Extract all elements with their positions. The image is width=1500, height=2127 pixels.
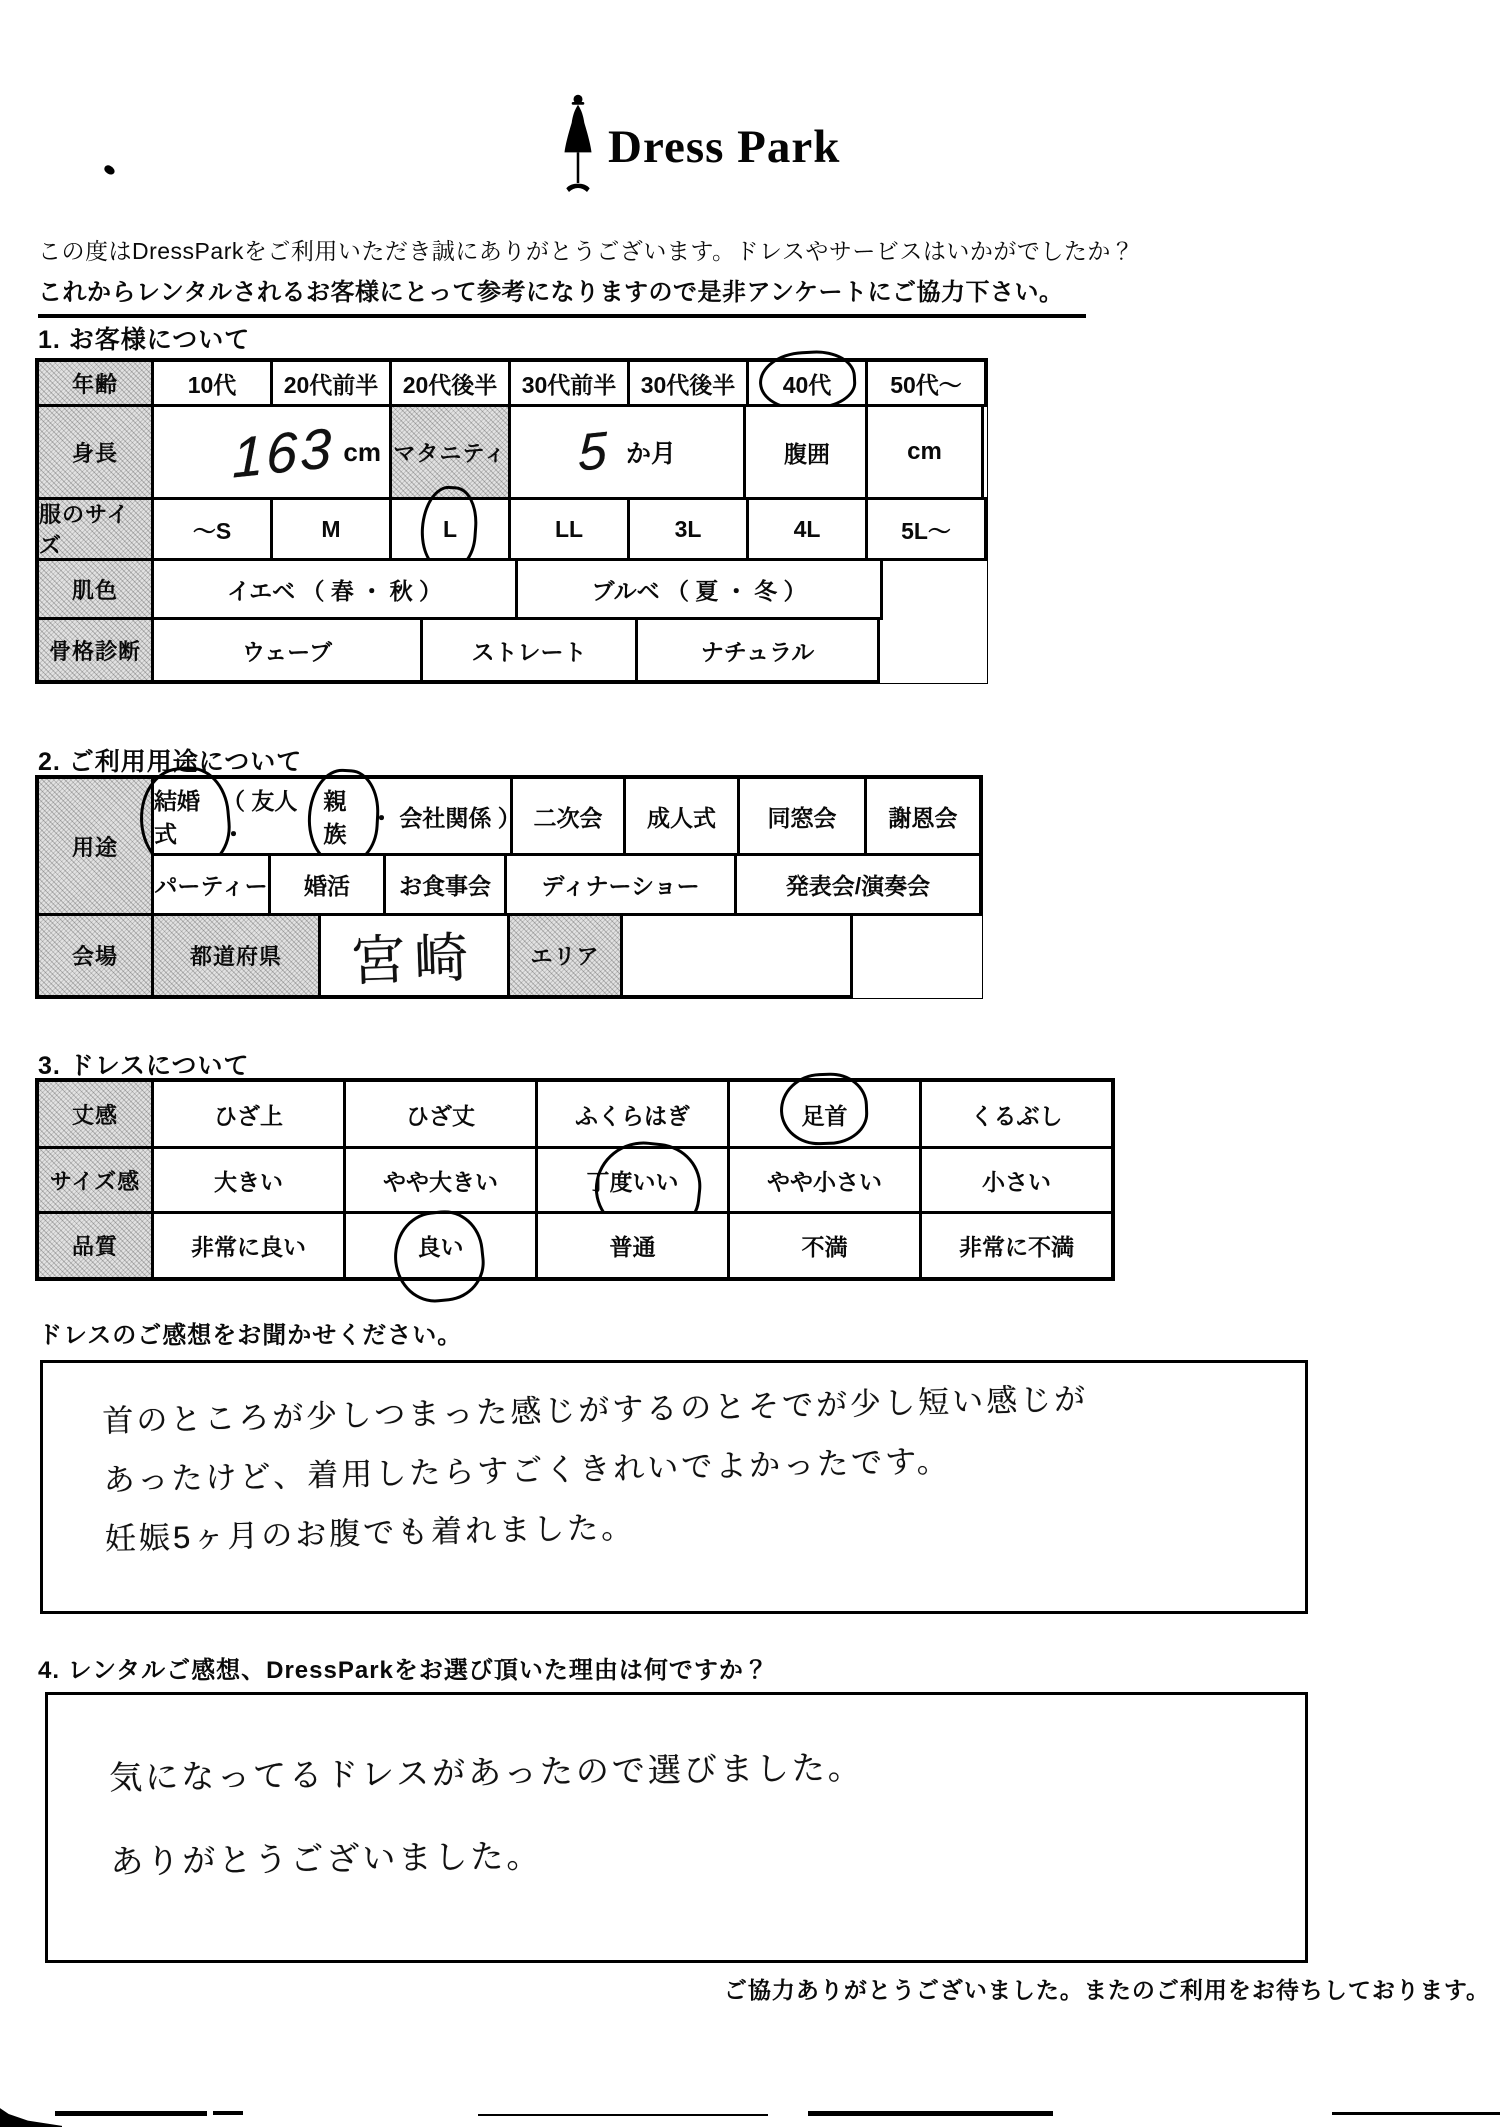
- maternity-label-cell: マタニティ: [389, 404, 511, 500]
- section2-heading: 2. ご利用用途について: [38, 742, 302, 778]
- scan-artifact: [213, 2111, 243, 2115]
- quality-row: 品質 非常に良い 良い 普通 不満 非常に不満: [36, 1211, 1114, 1280]
- length-option-cell: くるぶし: [919, 1079, 1114, 1149]
- age-option-cell-selected: 40代: [746, 359, 868, 407]
- age-option-cell: 20代後半: [389, 359, 511, 407]
- purpose-option-cell: 婚活: [268, 853, 386, 916]
- height-label-cell: 身長: [36, 404, 154, 500]
- size-option-cell: 3L: [627, 497, 749, 561]
- prefecture-label-cell: 都道府県: [151, 913, 321, 998]
- quality-option-cell: 不満: [727, 1211, 922, 1280]
- handwritten-rental-feedback: 気になってるドレスがあったので選びました。 ありがとうございました。: [48, 1677, 1308, 1905]
- skeletal-label-cell: 骨格診断: [36, 617, 154, 683]
- maternity-value-cell: 5 か月: [508, 404, 746, 500]
- quality-option-cell: 非常に良い: [151, 1211, 346, 1280]
- area-label-cell: エリア: [507, 913, 623, 998]
- quality-option-cell: 非常に不満: [919, 1211, 1114, 1280]
- handwritten-height: 163: [232, 414, 334, 490]
- intro-line1: この度はDressParkをご利用いただき誠にありがとうございます。ドレスやサー…: [38, 233, 1134, 266]
- fit-row: サイズ感 大きい やや大きい 丁度いい やや小さい 小さい: [36, 1146, 1114, 1214]
- handwritten-circle-mark: 40代: [783, 367, 832, 400]
- fit-option-cell: 小さい: [919, 1146, 1114, 1214]
- scan-artifact: [55, 2111, 207, 2116]
- age-option-cell: 30代前半: [508, 359, 630, 407]
- skin-label-cell: 肌色: [36, 558, 154, 620]
- skeletal-option-cell: ウェーブ: [151, 617, 423, 683]
- brand-name: Dress Park: [608, 120, 840, 174]
- purpose-option-cell: 謝恩会: [864, 776, 982, 856]
- length-label-cell: 丈感: [36, 1079, 154, 1149]
- purpose-option-cell: 成人式: [623, 776, 740, 856]
- purpose-label-cell: 用途: [36, 776, 154, 916]
- purpose-row1: 結婚式 （ 友人 ・ 親族 ・ 会社関係 ） 二次会 成人式 同窓会 謝恩会: [151, 776, 982, 856]
- venue-row: 会場 都道府県 宮崎 エリア: [36, 913, 982, 998]
- height-value-cell: 163 cm: [151, 404, 392, 500]
- quality-label-cell: 品質: [36, 1211, 154, 1280]
- size-label-cell: 服のサイズ: [36, 497, 154, 561]
- venue-label-cell: 会場: [36, 913, 154, 998]
- handwritten-circle-mark: 良い: [418, 1229, 464, 1262]
- customer-table: 年齢 10代 20代前半 20代後半 30代前半 30代後半 40代 50代～ …: [35, 358, 988, 684]
- area-value-cell: [620, 913, 853, 998]
- scan-artifact: [0, 2098, 62, 2127]
- age-row: 年齢 10代 20代前半 20代後半 30代前半 30代後半 40代 50代～: [36, 359, 987, 407]
- handwritten-maternity-months: 5: [578, 420, 610, 484]
- height-unit: cm: [343, 437, 389, 468]
- skeletal-row: 骨格診断 ウェーブ ストレート ナチュラル: [36, 617, 987, 683]
- size-option-cell: LL: [508, 497, 630, 561]
- clothing-size-row: 服のサイズ ～S M L LL 3L 4L 5L～: [36, 497, 987, 561]
- handwritten-prefecture: 宮崎: [350, 915, 479, 996]
- age-option-cell: 50代～: [865, 359, 987, 407]
- length-option-cell: ふくらはぎ: [535, 1079, 730, 1149]
- length-option-cell: ひざ上: [151, 1079, 346, 1149]
- handwritten-circle-mark: 結婚式: [154, 783, 218, 849]
- dress-mannequin-icon: [560, 92, 596, 202]
- length-option-cell: ひざ丈: [343, 1079, 538, 1149]
- fit-option-cell: やや小さい: [727, 1146, 922, 1214]
- length-row: 丈感 ひざ上 ひざ丈 ふくらはぎ 足首 くるぶし: [36, 1079, 1114, 1149]
- feedback-prompt: ドレスのご感想をお聞かせください。: [38, 1315, 462, 1350]
- maternity-unit: か月: [626, 434, 676, 470]
- logo: Dress Park: [560, 92, 840, 202]
- size-option-cell: 5L～: [865, 497, 987, 561]
- intro-line2: これからレンタルされるお客様にとって参考になりますので是非アンケートにご協力下さ…: [38, 272, 1086, 318]
- height-row: 身長 163 cm マタニティ 5 か月 腹囲 cm: [36, 404, 987, 500]
- section4-heading: 4. レンタルご感想、DressParkをお選び頂いた理由は何ですか？: [38, 1650, 769, 1685]
- purpose-rows: 用途 結婚式 （ 友人 ・ 親族 ・ 会社関係 ） 二次会 成人式 同窓会 謝恩…: [36, 776, 982, 916]
- skin-tone-row: 肌色 イエベ （ 春 ・ 秋 ） ブルベ （ 夏 ・ 冬 ）: [36, 558, 987, 620]
- purpose-option-cell: 二次会: [510, 776, 626, 856]
- feedback-box: 首のところが少しつまった感じがするのとそでが少し短い感じが あったけど、着用した…: [40, 1360, 1308, 1614]
- quality-option-cell-selected: 良い: [343, 1211, 538, 1280]
- age-option-cell: 20代前半: [270, 359, 392, 407]
- dress-table: 丈感 ひざ上 ひざ丈 ふくらはぎ 足首 くるぶし サイズ感 大きい やや大きい …: [35, 1078, 1115, 1281]
- size-option-cell: 4L: [746, 497, 868, 561]
- length-option-cell-selected: 足首: [727, 1079, 922, 1149]
- wedding-option-cell: 結婚式 （ 友人 ・ 親族 ・ 会社関係 ）: [151, 776, 513, 856]
- scan-artifact: [103, 164, 116, 176]
- handwritten-circle-mark: 親族: [323, 783, 366, 849]
- skeletal-option-cell: ナチュラル: [635, 617, 880, 683]
- size-option-cell: ～S: [151, 497, 273, 561]
- handwritten-circle-mark: 丁度いい: [587, 1164, 679, 1197]
- waist-label-cell: 腹囲: [743, 404, 868, 500]
- purpose-option-cell: お食事会: [383, 853, 507, 916]
- footer-thanks: ご協力ありがとうございました。またのご利用をお待ちしております。: [385, 1972, 1490, 2005]
- usage-table: 用途 結婚式 （ 友人 ・ 親族 ・ 会社関係 ） 二次会 成人式 同窓会 謝恩…: [35, 775, 983, 999]
- purpose-row2: パーティー 婚活 お食事会 ディナーショー 発表会/演奏会: [151, 853, 982, 916]
- prefecture-value-cell: 宮崎: [318, 913, 510, 998]
- fit-option-cell-selected: 丁度いい: [535, 1146, 730, 1214]
- waist-unit-cell: cm: [865, 404, 984, 500]
- skin-option-cell: イエベ （ 春 ・ 秋 ）: [151, 558, 518, 620]
- size-option-cell-selected: L: [389, 497, 511, 561]
- purpose-option-cell: パーティー: [151, 853, 271, 916]
- section1-heading: 1. お客様について: [38, 320, 250, 356]
- skeletal-option-cell: ストレート: [420, 617, 638, 683]
- purpose-option-cell: 同窓会: [737, 776, 867, 856]
- handwritten-circle-mark: 足首: [802, 1098, 848, 1131]
- age-option-cell: 30代後半: [627, 359, 749, 407]
- scan-artifact: [808, 2111, 1053, 2116]
- purpose-option-cell: 発表会/演奏会: [734, 853, 982, 916]
- purpose-option-cell: ディナーショー: [504, 853, 737, 916]
- rental-feedback-box: 気になってるドレスがあったので選びました。 ありがとうございました。: [45, 1692, 1308, 1963]
- section3-heading: 3. ドレスについて: [38, 1046, 250, 1082]
- handwritten-circle-mark: L: [443, 516, 457, 543]
- scan-artifact: [1332, 2112, 1500, 2115]
- scan-artifact: [478, 2114, 768, 2116]
- size-option-cell: M: [270, 497, 392, 561]
- quality-option-cell: 普通: [535, 1211, 730, 1280]
- fit-label-cell: サイズ感: [36, 1146, 154, 1214]
- age-option-cell: 10代: [151, 359, 273, 407]
- skin-option-cell: ブルベ （ 夏 ・ 冬 ）: [515, 558, 883, 620]
- fit-option-cell: 大きい: [151, 1146, 346, 1214]
- handwritten-feedback: 首のところが少しつまった感じがするのとそでが少し短い感じが あったけど、着用した…: [43, 1334, 1309, 1570]
- age-label-cell: 年齢: [36, 359, 154, 407]
- scanned-survey-form: { "logo": { "brand": "Dress Park", "icon…: [0, 0, 1500, 2127]
- fit-option-cell: やや大きい: [343, 1146, 538, 1214]
